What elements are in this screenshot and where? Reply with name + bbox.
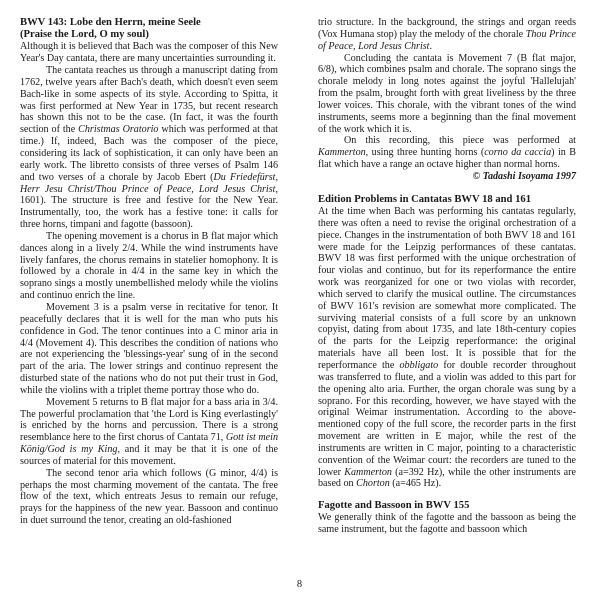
right-column: trio structure. In the background, the s… (318, 17, 576, 536)
text-run: On this recording, this piece was perfor… (344, 135, 576, 146)
italic-term: obbligato (400, 360, 439, 371)
left-column: BWV 143: Lobe den Herrn, meine Seele (Pr… (20, 17, 278, 527)
text-run: At the time when Bach was performing his… (318, 206, 576, 371)
text-run: , using three hunting horns ( (366, 147, 485, 158)
paragraph: Movement 3 is a psalm verse in recitativ… (20, 302, 278, 397)
copyright-credit: © Tadashi Isoyama 1997 (318, 171, 576, 183)
paragraph: We generally think of the fagotte and th… (318, 512, 576, 536)
italic-term: corno da caccia (484, 147, 551, 158)
text-run: for double recorder throughout was trans… (318, 360, 576, 478)
italic-term: Kammerton (318, 147, 366, 158)
italic-title: Christmas Oratorio (78, 124, 158, 135)
section-heading-fagotte: Fagotte and Bassoon in BWV 155 (318, 500, 576, 512)
paragraph: Although it is believed that Bach was th… (20, 41, 278, 65)
italic-term: Kammerton (344, 467, 392, 478)
paragraph: The second tenor aria which follows (G m… (20, 468, 278, 527)
page-number: 8 (0, 579, 599, 590)
section-heading-edition-problems: Edition Problems in Cantatas BWV 18 and … (318, 194, 576, 206)
spacer (318, 183, 576, 194)
paragraph: Concluding the cantata is Movement 7 (B … (318, 53, 576, 136)
paragraph: trio structure. In the background, the s… (318, 17, 576, 53)
text-run: . (430, 41, 433, 52)
section-heading-bwv143: BWV 143: Lobe den Herrn, meine Seele (Pr… (20, 17, 278, 41)
heading-title: BWV 143: Lobe den Herrn, meine Seele (20, 17, 201, 28)
paragraph: On this recording, this piece was perfor… (318, 135, 576, 171)
heading-subtitle: (Praise the Lord, O my soul) (20, 29, 149, 40)
text-run: (a=465 Hz). (390, 478, 441, 489)
document-page: BWV 143: Lobe den Herrn, meine Seele (Pr… (0, 0, 599, 602)
spacer (318, 490, 576, 500)
paragraph: Movement 5 returns to B flat major for a… (20, 397, 278, 468)
paragraph: At the time when Bach was performing his… (318, 206, 576, 490)
paragraph: The opening movement is a chorus in B fl… (20, 231, 278, 302)
paragraph: The cantata reaches us through a manuscr… (20, 65, 278, 231)
italic-term: Chorton (356, 478, 390, 489)
